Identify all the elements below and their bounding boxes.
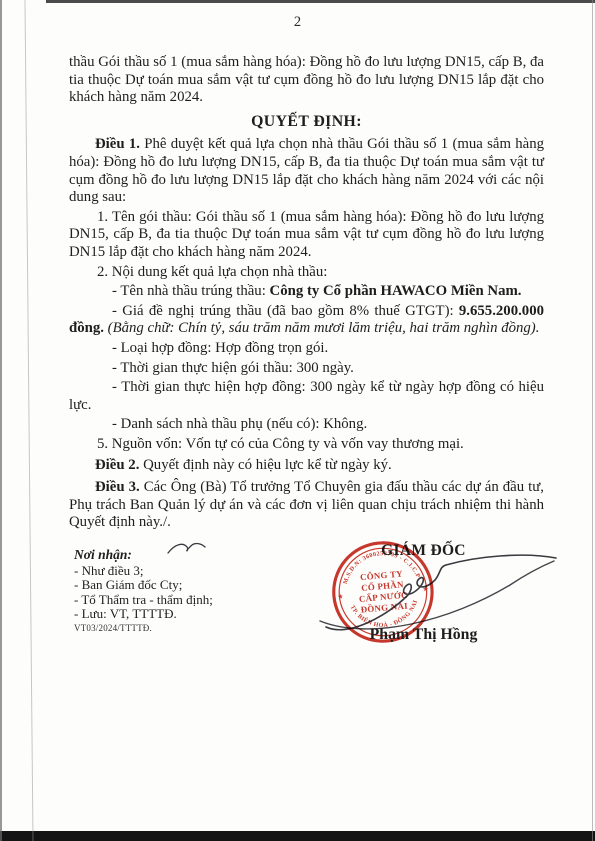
scan-crease-line xyxy=(0,0,60,841)
paragraph: - Giá đề nghị trúng thầu (đã bao gồm 8% … xyxy=(69,303,544,338)
text-run: Các Ông (Bà) Tổ trưởng Tổ Chuyên gia đấu… xyxy=(69,479,544,530)
scan-edge-top xyxy=(46,0,595,3)
text-run: - Giá đề nghị trúng thầu (đã bao gồm 8% … xyxy=(112,303,459,319)
paragraph: Điều 1. Phê duyệt kết quả lựa chọn nhà t… xyxy=(69,136,544,206)
text-run: Công ty Cổ phần HAWACO Miền Nam. xyxy=(270,283,522,299)
text-run: 1. Tên gói thầu: Gói thầu số 1 (mua sắm … xyxy=(69,209,544,260)
paragraph: - Danh sách nhà thầu phụ (nếu có): Không… xyxy=(69,416,544,434)
scan-edge-bottom xyxy=(0,831,595,841)
paragraph: - Thời gian thực hiện gói thầu: 300 ngày… xyxy=(69,360,544,378)
recipient-item: - Lưu: VT, TTTTĐ. xyxy=(74,607,294,621)
decision-heading: QUYẾT ĐỊNH: xyxy=(69,113,544,131)
decision-paragraphs: Điều 1. Phê duyệt kết quả lựa chọn nhà t… xyxy=(69,136,544,531)
handwritten-flourish-icon xyxy=(166,540,208,558)
text-run: - Loại hợp đồng: Hợp đồng trọn gói. xyxy=(112,340,328,356)
recipients-label: Nơi nhận: xyxy=(74,547,132,562)
recipients-list: - Như điều 3;- Ban Giám đốc Cty;- Tổ Thẩ… xyxy=(74,564,294,622)
paragraph: Điều 2. Quyết định này có hiệu lực kể từ… xyxy=(69,457,544,475)
paragraph: 2. Nội dung kết quả lựa chọn nhà thầu: xyxy=(69,264,544,282)
text-run: - Danh sách nhà thầu phụ (nếu có): Không… xyxy=(112,416,367,432)
recipients-block: Nơi nhận: - Như điều 3;- Ban Giám đốc Ct… xyxy=(74,546,294,633)
document-body: thầu Gói thầu số 1 (mua sắm hàng hóa): Đ… xyxy=(69,54,544,532)
scan-edge-right xyxy=(592,0,593,841)
text-run: Điều 3. xyxy=(95,479,140,495)
signer-name: Phạm Thị Hồng xyxy=(336,626,511,644)
paragraph: Điều 3. Các Ông (Bà) Tổ trưởng Tổ Chuyên… xyxy=(69,479,544,532)
paragraph: - Thời gian thực hiện hợp đồng: 300 ngày… xyxy=(69,379,544,414)
text-run: - Thời gian thực hiện hợp đồng: 300 ngày… xyxy=(69,379,544,413)
text-run: - Thời gian thực hiện gói thầu: 300 ngày… xyxy=(112,360,354,376)
text-run: - Tên nhà thầu trúng thầu: xyxy=(112,283,270,299)
scan-edge-left xyxy=(0,0,2,841)
text-run: 5. Nguồn vốn: Vốn tự có của Công ty và v… xyxy=(97,436,464,452)
recipient-item: - Tổ Thẩm tra - thẩm định; xyxy=(74,593,294,607)
text-run: Quyết định này có hiệu lực kể từ ngày ký… xyxy=(139,457,391,473)
page-number: 2 xyxy=(0,14,595,31)
paragraph: - Loại hợp đồng: Hợp đồng trọn gói. xyxy=(69,340,544,358)
text-run: Điều 1. xyxy=(95,136,140,152)
recipient-item: - Ban Giám đốc Cty; xyxy=(74,578,294,592)
text-run: Điều 2. xyxy=(95,457,139,473)
scanned-document-page: 2 thầu Gói thầu số 1 (mua sắm hàng hóa):… xyxy=(0,0,595,841)
paragraph: 5. Nguồn vốn: Vốn tự có của Công ty và v… xyxy=(69,436,544,454)
text-run: 2. Nội dung kết quả lựa chọn nhà thầu: xyxy=(97,264,327,280)
paragraph: 1. Tên gói thầu: Gói thầu số 1 (mua sắm … xyxy=(69,209,544,262)
text-run: (Bằng chữ: Chín tỷ, sáu trăm năm mươi lă… xyxy=(108,320,540,336)
paragraph: - Tên nhà thầu trúng thầu: Công ty Cổ ph… xyxy=(69,283,544,301)
archive-reference-code: VT03/2024/TTTTĐ. xyxy=(74,623,294,633)
recipient-item: - Như điều 3; xyxy=(74,564,294,578)
paragraph-continuation: thầu Gói thầu số 1 (mua sắm hàng hóa): Đ… xyxy=(69,54,544,107)
director-signature-icon xyxy=(310,549,562,635)
text-run: Phê duyệt kết quả lựa chọn nhà thầu Gói … xyxy=(69,136,544,205)
